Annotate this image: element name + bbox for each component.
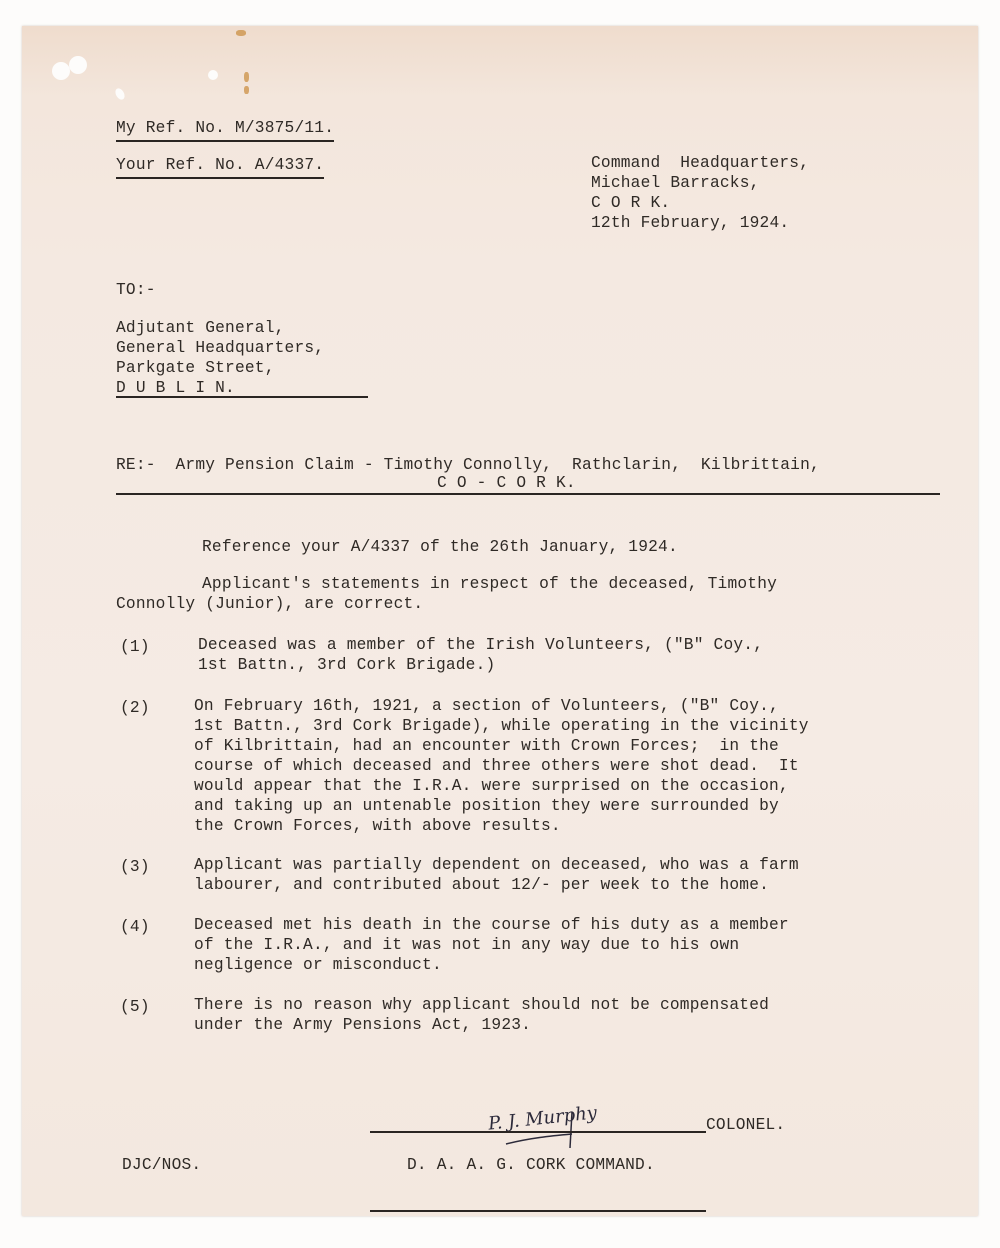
sender-line: Michael Barracks,	[591, 173, 760, 193]
body-paragraph: Applicant's statements in respect of the…	[202, 574, 777, 594]
bottom-line	[370, 1210, 706, 1212]
sender-line: Command Headquarters,	[591, 153, 809, 173]
recipient-line: Adjutant General,	[116, 318, 285, 338]
subject-line: C O - C O R K.	[437, 473, 576, 493]
signatory-rank: COLONEL.	[706, 1115, 785, 1135]
signature-line	[370, 1131, 706, 1133]
item-line: There is no reason why applicant should …	[194, 995, 769, 1015]
item-line: 1st Battn., 3rd Cork Brigade), while ope…	[194, 716, 809, 736]
item-line: labourer, and contributed about 12/- per…	[194, 875, 769, 895]
recipient-city: D U B L I N.	[116, 378, 235, 398]
item-line: would appear that the I.R.A. were surpri…	[194, 776, 789, 796]
rust-stain	[236, 30, 246, 36]
punch-hole	[208, 70, 218, 80]
item-number: (1)	[120, 637, 150, 657]
punch-hole	[69, 56, 87, 74]
sender-line: C O R K.	[591, 193, 670, 213]
item-line: Deceased was a member of the Irish Volun…	[198, 635, 763, 655]
item-line: Applicant was partially dependent on dec…	[194, 855, 799, 875]
subject-line: RE:- Army Pension Claim - Timothy Connol…	[116, 455, 820, 475]
rust-stain	[244, 86, 249, 94]
item-line: negligence or misconduct.	[194, 955, 442, 975]
item-line: and taking up an untenable position they…	[194, 796, 779, 816]
letter-paper	[22, 26, 978, 1216]
your-reference: Your Ref. No. A/4337.	[116, 155, 324, 179]
divider	[116, 493, 940, 495]
rust-stain	[244, 72, 249, 82]
signatory-title: D. A. A. G. CORK COMMAND.	[407, 1155, 655, 1175]
item-number: (5)	[120, 997, 150, 1017]
item-line: Deceased met his death in the course of …	[194, 915, 789, 935]
my-reference: My Ref. No. M/3875/11.	[116, 118, 334, 142]
item-line: the Crown Forces, with above results.	[194, 816, 561, 836]
typist-reference: DJC/NOS.	[122, 1155, 201, 1175]
body-paragraph: Connolly (Junior), are correct.	[116, 594, 423, 614]
item-line: 1st Battn., 3rd Cork Brigade.)	[198, 655, 495, 675]
punch-hole	[114, 87, 127, 101]
signature-stroke-icon	[500, 1110, 590, 1150]
recipient-line: General Headquarters,	[116, 338, 324, 358]
divider	[116, 396, 368, 398]
body-paragraph: Reference your A/4337 of the 26th Januar…	[202, 537, 678, 557]
punch-hole	[52, 62, 70, 80]
item-number: (3)	[120, 857, 150, 877]
item-line: On February 16th, 1921, a section of Vol…	[194, 696, 779, 716]
recipient-line: Parkgate Street,	[116, 358, 275, 378]
letter-date: 12th February, 1924.	[591, 213, 789, 233]
item-line: under the Army Pensions Act, 1923.	[194, 1015, 531, 1035]
to-label: TO:-	[116, 280, 156, 300]
item-line: course of which deceased and three other…	[194, 756, 799, 776]
item-line: of Kilbrittain, had an encounter with Cr…	[194, 736, 779, 756]
item-number: (2)	[120, 698, 150, 718]
item-line: of the I.R.A., and it was not in any way…	[194, 935, 739, 955]
item-number: (4)	[120, 917, 150, 937]
